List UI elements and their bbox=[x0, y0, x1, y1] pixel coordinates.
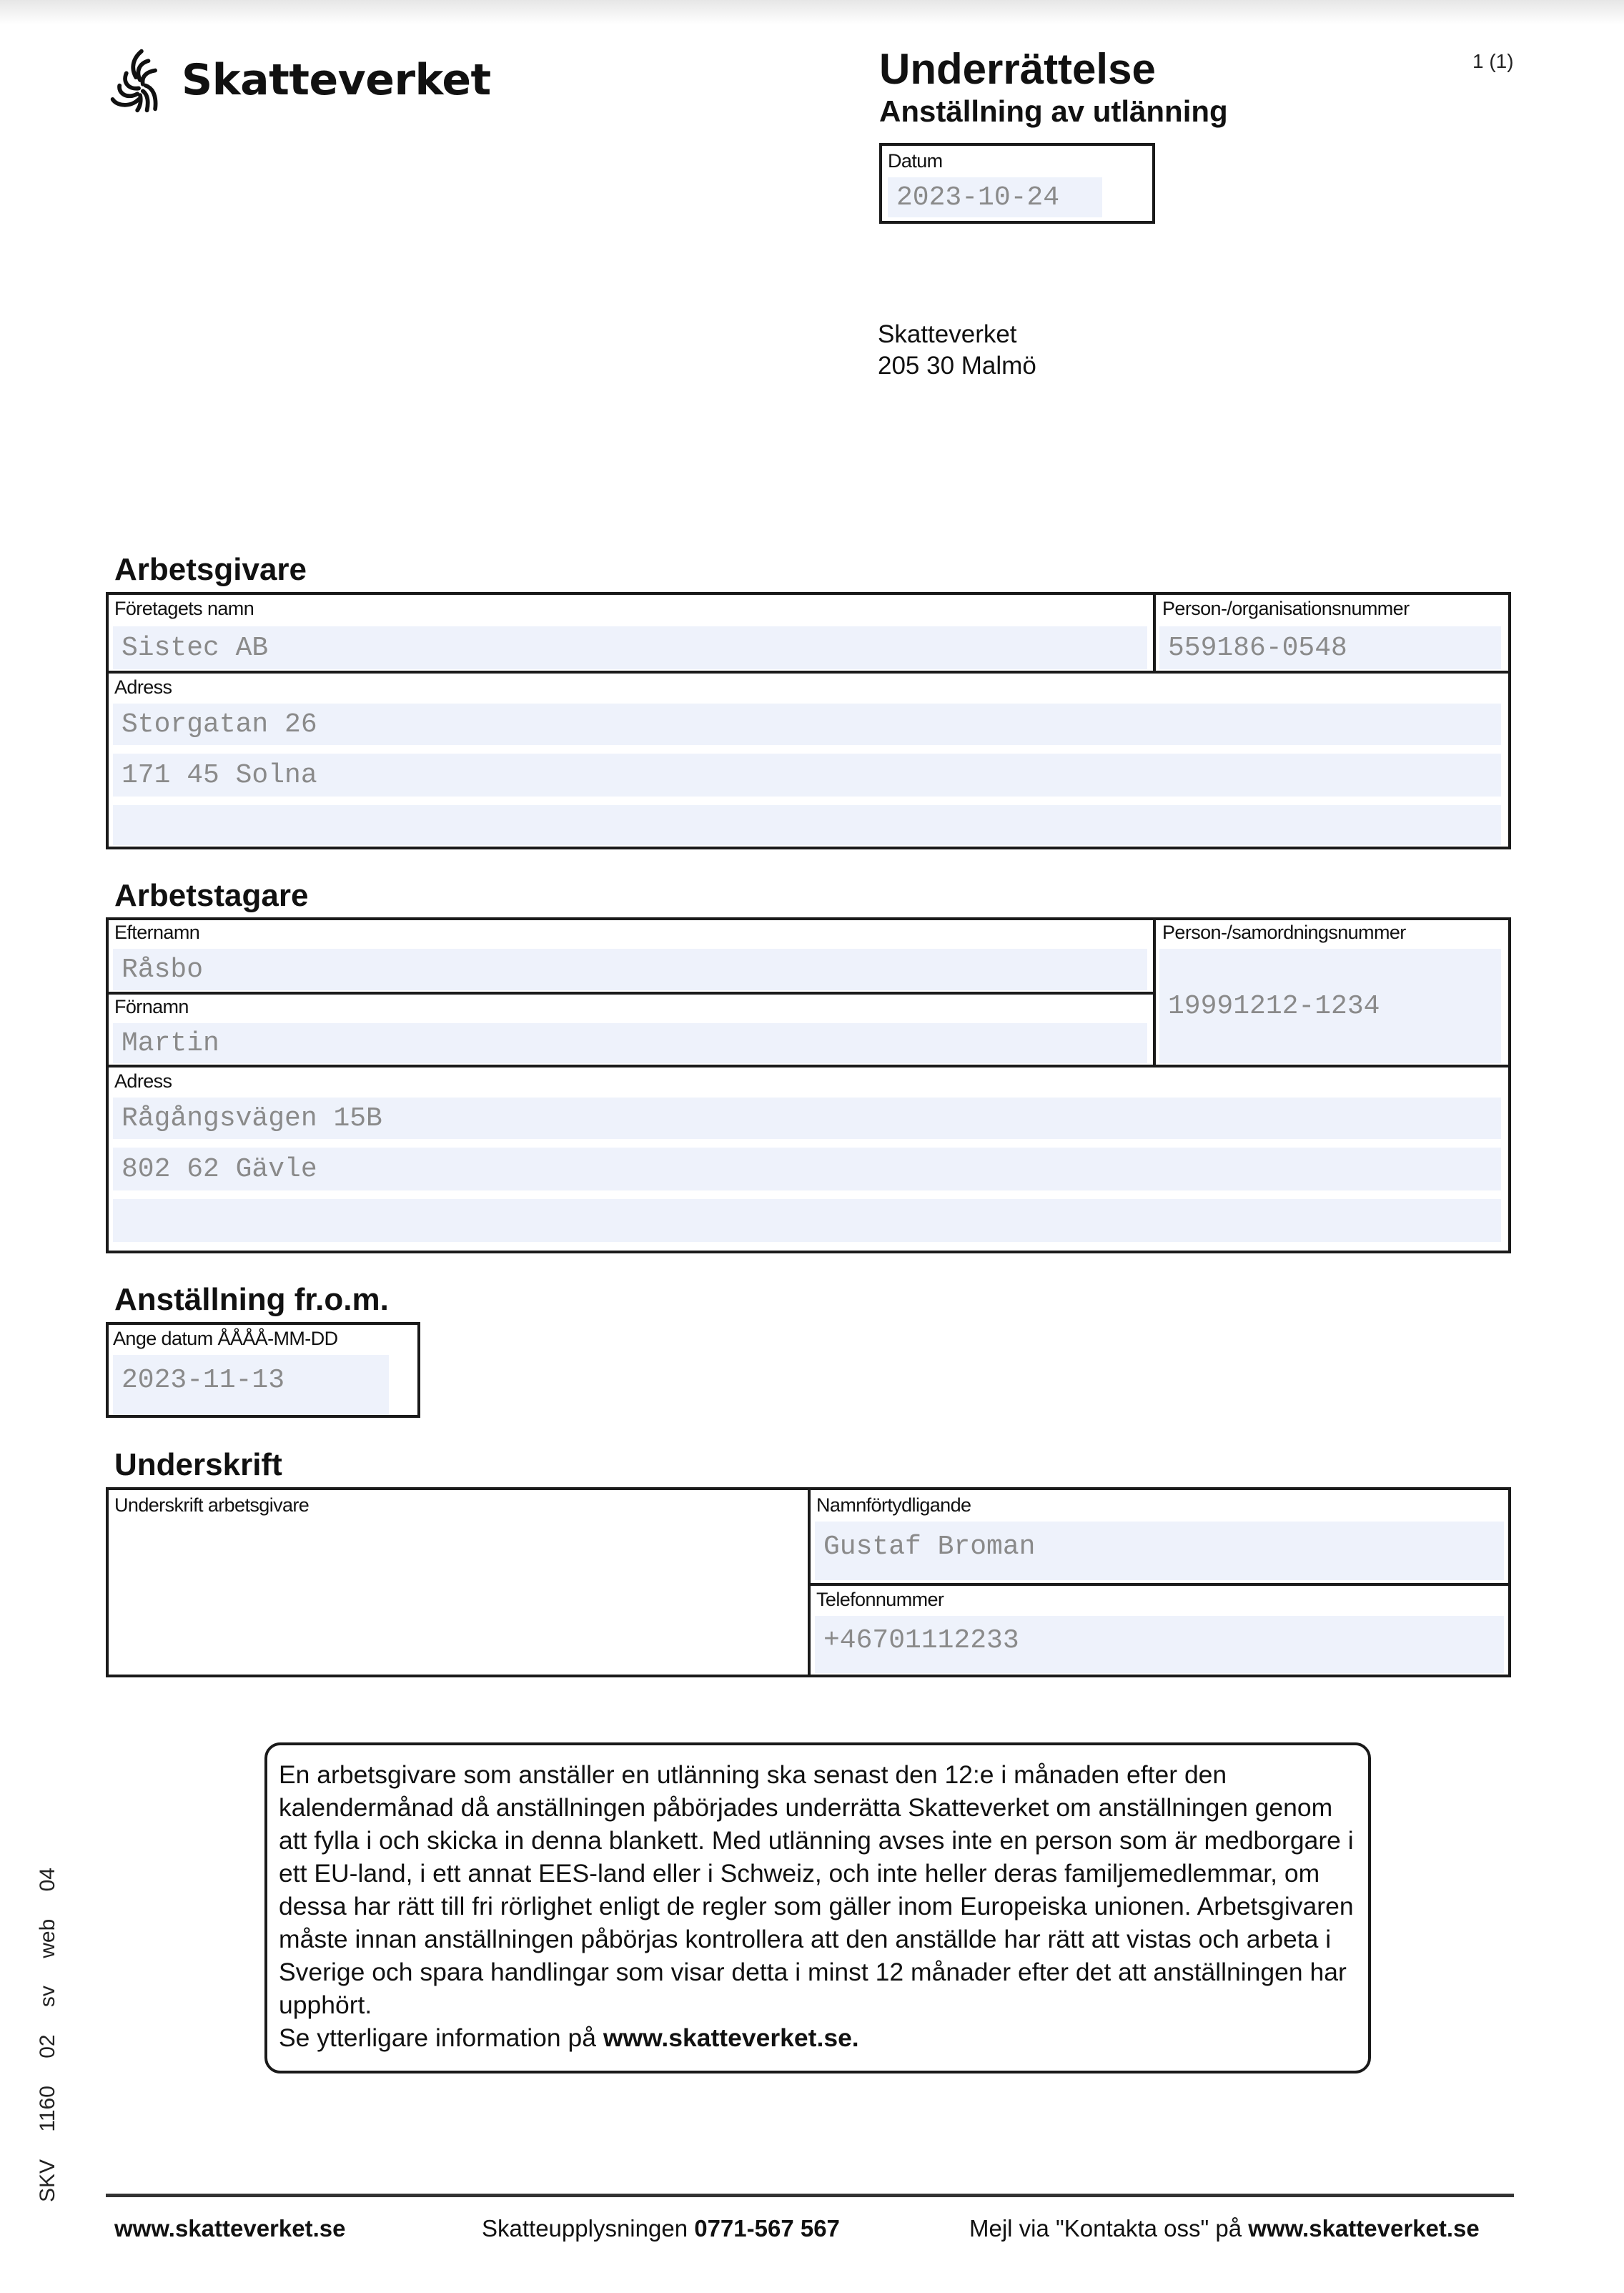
document-subtitle: Anställning av utlänning bbox=[879, 93, 1228, 130]
date-field[interactable]: 2023-10-24 bbox=[888, 177, 1102, 217]
employment-start-label: Ange datum ÅÅÅÅ-MM-DD bbox=[113, 1328, 338, 1350]
employment-start-heading: Anställning fr.o.m. bbox=[114, 1282, 389, 1318]
divider bbox=[109, 992, 1154, 995]
company-name-field[interactable]: Sistec AB bbox=[113, 626, 1147, 669]
divider bbox=[809, 1583, 1508, 1586]
page-indicator: 1 (1) bbox=[1472, 50, 1514, 73]
footer-phone: Skatteupplysningen 0771-567 567 bbox=[482, 2215, 840, 2242]
footer-mail-prefix: Mejl via "Kontakta oss" på bbox=[969, 2215, 1248, 2242]
employer-address-label: Adress bbox=[114, 676, 172, 699]
recipient-line-2: 205 30 Malmö bbox=[878, 350, 1036, 382]
date-box: Datum 2023-10-24 bbox=[879, 143, 1155, 224]
employer-section: Företagets namn Sistec AB Person-/organi… bbox=[106, 592, 1511, 849]
phone-field[interactable]: +46701112233 bbox=[815, 1616, 1504, 1673]
company-name-label: Företagets namn bbox=[114, 598, 254, 620]
employer-address-line-1[interactable]: Storgatan 26 bbox=[113, 704, 1501, 745]
signature-heading: Underskrift bbox=[114, 1447, 282, 1483]
info-more-prefix: Se ytterligare information på bbox=[279, 2023, 603, 2052]
employer-signature-area[interactable] bbox=[112, 1522, 805, 1672]
recipient-line-1: Skatteverket bbox=[878, 319, 1036, 350]
name-clarification-label: Namnförtydligande bbox=[816, 1494, 971, 1517]
personal-number-label: Person-/samordningsnummer bbox=[1162, 922, 1406, 944]
signature-section: Underskrift arbetsgivare Namnförtydligan… bbox=[106, 1487, 1511, 1677]
footer-website-link[interactable]: www.skatteverket.se bbox=[114, 2215, 345, 2242]
footer-mail: Mejl via "Kontakta oss" på www.skattever… bbox=[969, 2215, 1480, 2242]
employee-address-line-1[interactable]: Rågångsvägen 15B bbox=[113, 1098, 1501, 1139]
employer-address-line-3[interactable] bbox=[113, 805, 1501, 845]
divider bbox=[808, 1490, 811, 1675]
employee-address-line-2[interactable]: 802 62 Gävle bbox=[113, 1148, 1501, 1190]
employee-heading: Arbetstagare bbox=[114, 878, 308, 914]
footer-divider bbox=[106, 2194, 1514, 2197]
divider bbox=[109, 1065, 1508, 1067]
footer-phone-prefix: Skatteupplysningen bbox=[482, 2215, 694, 2242]
org-number-label: Person-/organisationsnummer bbox=[1162, 598, 1409, 620]
last-name-field[interactable]: Råsbo bbox=[113, 949, 1147, 990]
employee-section: Efternamn Råsbo Förnamn Martin Person-/s… bbox=[106, 917, 1511, 1253]
skatteverket-logo: Skatteverket bbox=[106, 44, 491, 116]
last-name-label: Efternamn bbox=[114, 922, 199, 944]
org-number-field[interactable]: 559186-0548 bbox=[1159, 626, 1501, 669]
footer-mail-link[interactable]: www.skatteverket.se bbox=[1248, 2215, 1479, 2242]
employee-address-label: Adress bbox=[114, 1070, 172, 1093]
date-label: Datum bbox=[888, 150, 943, 172]
phone-label: Telefonnummer bbox=[816, 1589, 944, 1611]
name-clarification-field[interactable]: Gustaf Broman bbox=[815, 1522, 1504, 1580]
employment-start-box: Ange datum ÅÅÅÅ-MM-DD 2023-11-13 bbox=[106, 1322, 420, 1418]
first-name-field[interactable]: Martin bbox=[113, 1023, 1147, 1063]
logo-text: Skatteverket bbox=[182, 55, 491, 105]
footer-website[interactable]: www.skatteverket.se bbox=[114, 2215, 345, 2242]
employment-start-field[interactable]: 2023-11-13 bbox=[113, 1355, 389, 1415]
document-title: Underrättelse bbox=[879, 44, 1156, 94]
employer-address-line-2[interactable]: 171 45 Solna bbox=[113, 754, 1501, 797]
form-code: SKV 1160 02 sv web 04 bbox=[36, 1868, 60, 2202]
info-website-link[interactable]: www.skatteverket.se. bbox=[603, 2023, 859, 2052]
employer-heading: Arbetsgivare bbox=[114, 552, 307, 588]
first-name-label: Förnamn bbox=[114, 996, 189, 1018]
skatteverket-swirl-icon bbox=[106, 44, 174, 116]
personal-number-field[interactable]: 19991212-1234 bbox=[1159, 949, 1501, 1063]
footer-phone-number: 0771-567 567 bbox=[694, 2215, 840, 2242]
info-box: En arbetsgivare som anställer en utlänni… bbox=[264, 1742, 1371, 2073]
employee-address-line-3[interactable] bbox=[113, 1199, 1501, 1242]
top-shadow bbox=[0, 0, 1624, 24]
info-text: En arbetsgivare som anställer en utlänni… bbox=[279, 1760, 1354, 2019]
employer-signature-label: Underskrift arbetsgivare bbox=[114, 1494, 309, 1517]
recipient-address: Skatteverket 205 30 Malmö bbox=[878, 319, 1036, 382]
divider bbox=[109, 671, 1508, 674]
divider bbox=[1153, 595, 1156, 672]
